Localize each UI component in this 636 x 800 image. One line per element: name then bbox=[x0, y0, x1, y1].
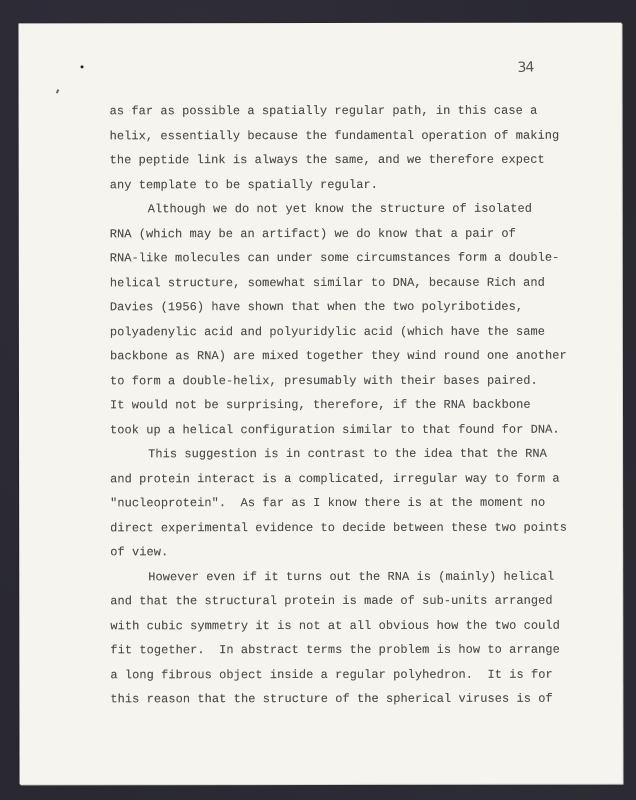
text-line: the peptide link is always the same, and… bbox=[110, 148, 610, 173]
text-line: a long fibrous object inside a regular p… bbox=[110, 662, 610, 687]
text-line: backbone as RNA) are mixed together they… bbox=[110, 344, 610, 369]
text-line: this reason that the structure of the sp… bbox=[110, 687, 610, 712]
text-line: helix, essentially because the fundament… bbox=[110, 123, 610, 148]
text-line: Davies (1956) have shown that when the t… bbox=[110, 295, 610, 320]
text-line: and protein interact is a complicated, i… bbox=[110, 466, 610, 491]
text-line: and that the structural protein is made … bbox=[110, 589, 610, 614]
text-line: to form a double-helix, presumably with … bbox=[110, 368, 610, 393]
ink-speck-mark bbox=[81, 65, 84, 68]
text-line: fit together. In abstract terms the prob… bbox=[110, 638, 610, 663]
text-line: of view. bbox=[110, 540, 610, 565]
text-line: polyadenylic acid and polyuridylic acid … bbox=[110, 319, 610, 344]
text-line: any template to be spatially regular. bbox=[110, 172, 610, 197]
text-line: helical structure, somewhat similar to D… bbox=[110, 270, 610, 295]
paragraph-start-line: However even if it turns out the RNA is … bbox=[110, 564, 610, 589]
text-line: "nucleoprotein". As far as I know there … bbox=[110, 491, 610, 516]
paragraph-start-line: Although we do not yet know the structur… bbox=[110, 197, 610, 222]
text-line: as far as possible a spatially regular p… bbox=[110, 99, 610, 124]
text-line: direct experimental evidence to decide b… bbox=[110, 515, 610, 540]
paragraph-start-line: This suggestion is in contrast to the id… bbox=[110, 442, 610, 467]
body-text: as far as possible a spatially regular p… bbox=[110, 99, 611, 712]
text-line: It would not be surprising, therefore, i… bbox=[110, 393, 610, 418]
text-line: took up a helical configuration similar … bbox=[110, 417, 610, 442]
typescript-page: 34 as far as possible a spatially regula… bbox=[18, 23, 622, 785]
text-line: RNA (which may be an artifact) we do kno… bbox=[110, 221, 610, 246]
page-number: 34 bbox=[517, 59, 533, 76]
text-line: RNA-like molecules can under some circum… bbox=[110, 246, 610, 271]
pencil-tick-mark bbox=[56, 89, 59, 93]
text-line: with cubic symmetry it is not at all obv… bbox=[110, 613, 610, 638]
